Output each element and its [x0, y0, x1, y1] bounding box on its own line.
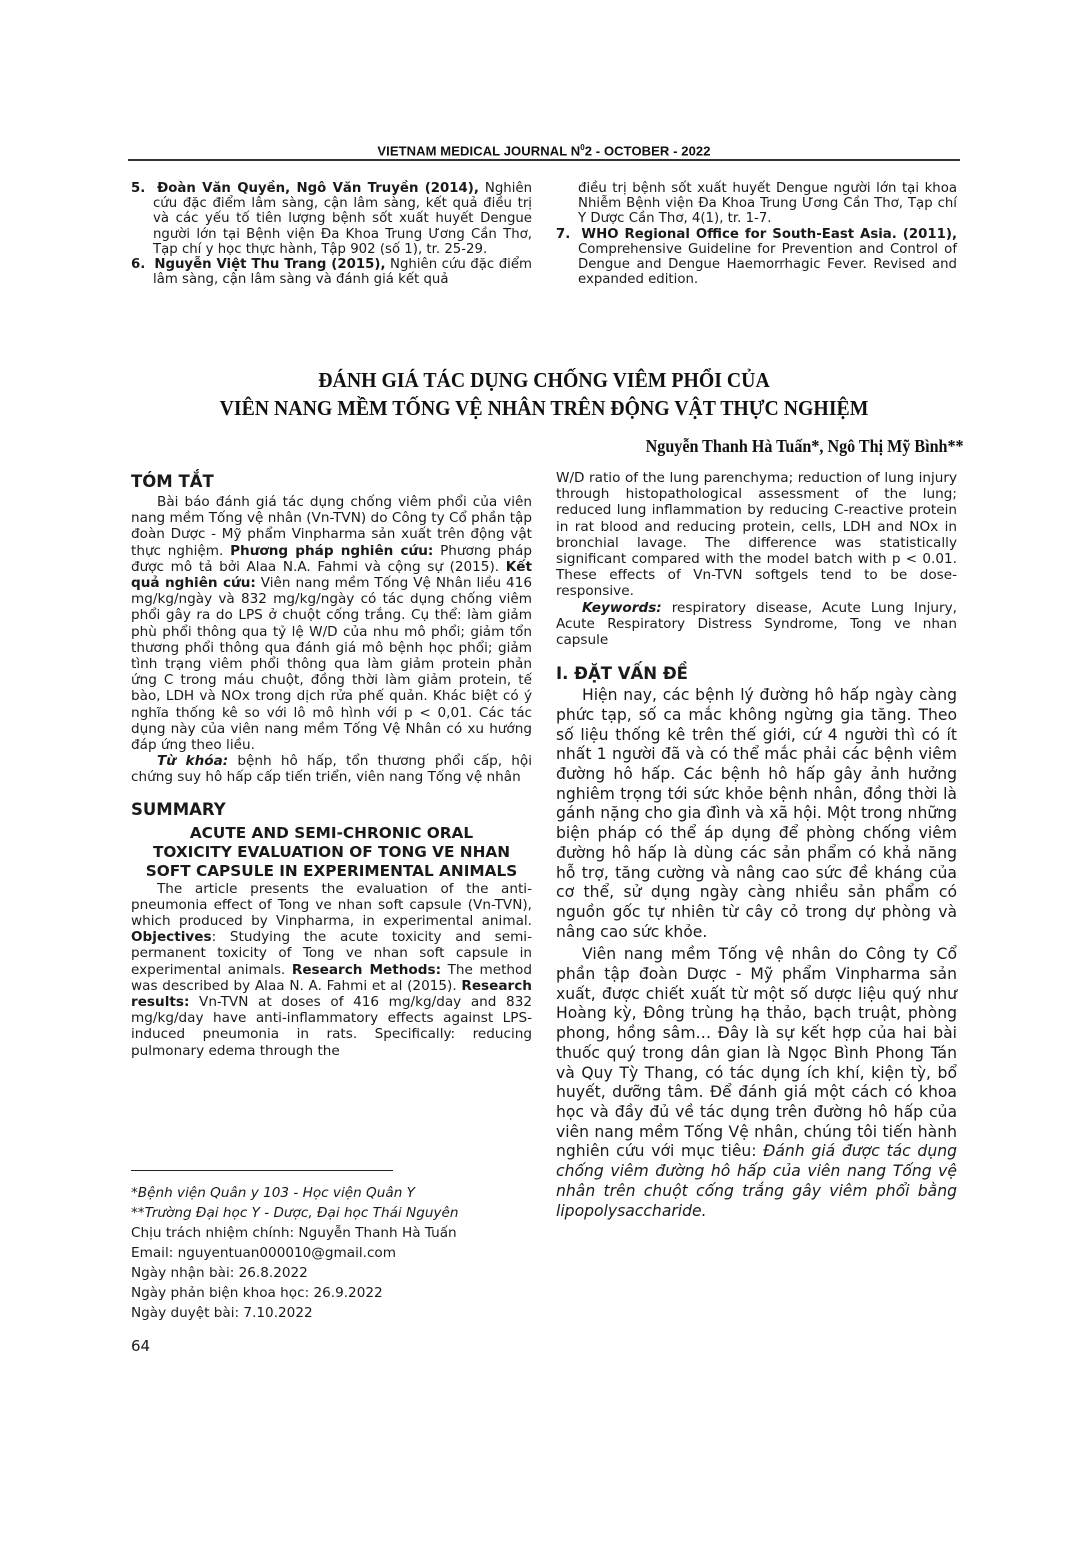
reference-6: 6. Nguyễn Việt Thu Trang (2015), Nghiên …	[131, 257, 532, 287]
reference-6-continued: điều trị bệnh sốt xuất huyết Dengue ngườ…	[556, 181, 957, 227]
summary-title: ACUTE AND SEMI-CHRONIC ORAL TOXICITY EVA…	[131, 824, 532, 881]
ref-number: 7.	[556, 227, 570, 242]
abstract-en-body: The article presents the evaluation of t…	[131, 881, 532, 1059]
footnotes: *Bệnh viện Quân y 103 - Học viện Quân Y …	[131, 1183, 551, 1323]
keywords-en: Keywords: respiratory disease, Acute Lun…	[556, 600, 957, 649]
ref-authors: Đoàn Văn Quyền, Ngô Văn Truyền (2014),	[157, 181, 479, 196]
summary-heading: SUMMARY	[131, 800, 532, 820]
keywords-en-label: Keywords:	[582, 600, 662, 616]
abstract-vi-heading: TÓM TẮT	[131, 472, 532, 492]
introduction-paragraph-1: Hiện nay, các bệnh lý đường hô hấp ngày …	[556, 686, 957, 942]
journal-name: VIETNAM MEDICAL JOURNAL N	[377, 143, 580, 158]
article-authors: Nguyễn Thanh Hà Tuấn*, Ngô Thị Mỹ Bình**	[646, 436, 964, 457]
corresponding-author: Chịu trách nhiệm chính: Nguyễn Thanh Hà …	[131, 1223, 551, 1243]
left-column: TÓM TẮT Bài báo đánh giá tác dụng chống …	[131, 472, 532, 1059]
references-left: 5. Đoàn Văn Quyền, Ngô Văn Truyền (2014)…	[131, 181, 532, 287]
page-number: 64	[131, 1337, 150, 1355]
summary-title-line-1: ACUTE AND SEMI-CHRONIC ORAL	[131, 824, 532, 843]
ref-authors: Nguyễn Việt Thu Trang (2015),	[154, 257, 385, 272]
references-right: điều trị bệnh sốt xuất huyết Dengue ngườ…	[556, 181, 957, 287]
journal-page: VIETNAM MEDICAL JOURNAL N02 - OCTOBER - …	[0, 0, 1090, 1541]
date-received: Ngày nhận bài: 26.8.2022	[131, 1263, 551, 1283]
author-email: Email: nguyentuan000010@gmail.com	[131, 1243, 551, 1263]
summary-title-line-3: SOFT CAPSULE IN EXPERIMENTAL ANIMALS	[131, 862, 532, 881]
introduction-heading: I. ĐẶT VẤN ĐỀ	[556, 664, 957, 684]
reference-5: 5. Đoàn Văn Quyền, Ngô Văn Truyền (2014)…	[131, 181, 532, 257]
introduction-paragraph-2: Viên nang mềm Tống vệ nhân do Công ty Cổ…	[556, 945, 957, 1221]
article-title: ĐÁNH GIÁ TÁC DỤNG CHỐNG VIÊM PHỔI CỦA VI…	[161, 366, 926, 422]
summary-title-line-2: TOXICITY EVALUATION OF TONG VE NHAN	[131, 843, 532, 862]
running-header: VIETNAM MEDICAL JOURNAL N02 - OCTOBER - …	[128, 143, 960, 158]
footnote-rule	[131, 1170, 393, 1171]
affiliation-1: *Bệnh viện Quân y 103 - Học viện Quân Y	[131, 1185, 415, 1201]
objectives-label: Objectives	[131, 929, 212, 945]
ref-text: Comprehensive Guideline for Prevention a…	[578, 242, 957, 287]
header-rule	[128, 159, 960, 161]
date-accepted: Ngày duyệt bài: 7.10.2022	[131, 1303, 551, 1323]
title-line-2: VIÊN NANG MỀM TỐNG VỆ NHÂN TRÊN ĐỘNG VẬT…	[161, 394, 926, 422]
abstract-vi-body: Bài báo đánh giá tác dụng chống viêm phổ…	[131, 494, 532, 753]
research-results-text: Vn-TVN at doses of 416 mg/kg/day and 832…	[131, 994, 532, 1059]
methods-label: Phương pháp nghiên cứu:	[230, 543, 433, 559]
results-text: Viên nang mềm Tống Vệ Nhân liều 416 mg/k…	[131, 575, 532, 753]
ref-authors: WHO Regional Office for South-East Asia.…	[581, 227, 957, 242]
affiliation-2: **Trường Đại học Y - Dược, Đại học Thái …	[131, 1205, 458, 1221]
reference-7: 7. WHO Regional Office for South-East As…	[556, 227, 957, 288]
keywords-label: Từ khóa:	[157, 753, 228, 769]
abstract-en-continued: W/D ratio of the lung parenchyma; reduct…	[556, 470, 957, 600]
right-column: W/D ratio of the lung parenchyma; reduct…	[556, 470, 957, 1221]
research-methods-label: Research Methods:	[292, 962, 441, 978]
issue-date: 2 - OCTOBER - 2022	[585, 143, 711, 158]
keywords-vi: Từ khóa: bệnh hô hấp, tổn thương phổi cấ…	[131, 753, 532, 785]
date-reviewed: Ngày phản biện khoa học: 26.9.2022	[131, 1283, 551, 1303]
title-line-1: ĐÁNH GIÁ TÁC DỤNG CHỐNG VIÊM PHỔI CỦA	[161, 366, 926, 394]
summary-intro: The article presents the evaluation of t…	[131, 881, 532, 929]
ref-number: 5.	[131, 181, 145, 196]
intro-p2-text: Viên nang mềm Tống vệ nhân do Công ty Cổ…	[556, 945, 957, 1160]
ref-number: 6.	[131, 257, 145, 272]
